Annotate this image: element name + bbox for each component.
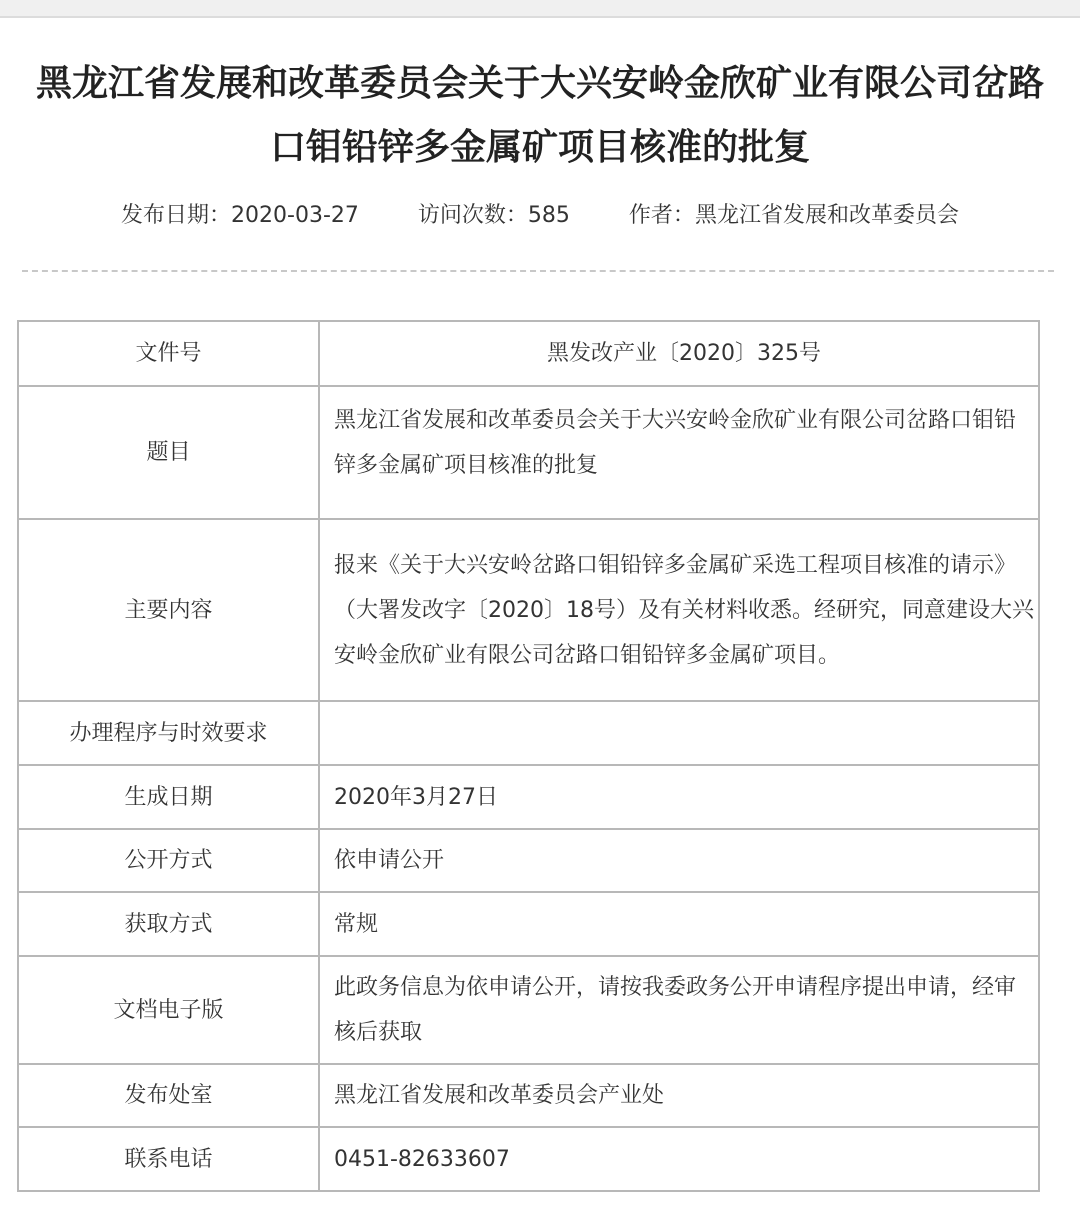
row-value: 0451-82633607 xyxy=(319,1127,1039,1191)
dashed-divider xyxy=(22,270,1054,272)
author-value: 黑龙江省发展和改革委员会 xyxy=(695,203,959,228)
row-value: 报来《关于大兴安岭岔路口钼铅锌多金属矿采选工程项目核准的请示》（大署发改字〔20… xyxy=(319,519,1039,701)
publish-date: 发布日期：2020-03-27 xyxy=(121,196,359,236)
visit-count-value: 585 xyxy=(528,203,570,228)
row-label: 联系电话 xyxy=(18,1127,319,1191)
row-label: 生成日期 xyxy=(18,765,319,829)
row-value xyxy=(319,701,1039,765)
table-row-contact-phone: 联系电话 0451-82633607 xyxy=(18,1127,1039,1191)
row-value: 此政务信息为依申请公开，请按我委政务公开申请程序提出申请，经审核后获取 xyxy=(319,956,1039,1064)
row-label: 文档电子版 xyxy=(18,956,319,1064)
table-row-electronic-version: 文档电子版 此政务信息为依申请公开，请按我委政务公开申请程序提出申请，经审核后获… xyxy=(18,956,1039,1064)
browser-top-bar xyxy=(0,0,1080,18)
visit-count: 访问次数：585 xyxy=(418,196,570,236)
publish-date-label: 发布日期： xyxy=(121,203,231,228)
publish-date-value: 2020-03-27 xyxy=(231,203,359,228)
table-row-disclosure-method: 公开方式 依申请公开 xyxy=(18,829,1039,892)
visit-count-label: 访问次数： xyxy=(418,203,528,228)
table-row-main-content: 主要内容 报来《关于大兴安岭岔路口钼铅锌多金属矿采选工程项目核准的请示》（大署发… xyxy=(18,519,1039,701)
author-label: 作者： xyxy=(629,203,695,228)
table-row-created-date: 生成日期 2020年3月27日 xyxy=(18,765,1039,829)
document-info-table: 文件号 黑发改产业〔2020〕325号 题目 黑龙江省发展和改革委员会关于大兴安… xyxy=(17,320,1040,1192)
row-value: 黑龙江省发展和改革委员会关于大兴安岭金欣矿业有限公司岔路口钼铅锌多金属矿项目核准… xyxy=(319,386,1039,519)
row-value: 黑发改产业〔2020〕325号 xyxy=(319,321,1039,386)
table-row-access-method: 获取方式 常规 xyxy=(18,892,1039,956)
row-value: 依申请公开 xyxy=(319,829,1039,892)
table-row-procedure: 办理程序与时效要求 xyxy=(18,701,1039,765)
article-meta: 发布日期：2020-03-27 访问次数：585 作者：黑龙江省发展和改革委员会 xyxy=(0,196,1080,236)
table-row-issuing-office: 发布处室 黑龙江省发展和改革委员会产业处 xyxy=(18,1064,1039,1127)
row-label: 主要内容 xyxy=(18,519,319,701)
row-label: 办理程序与时效要求 xyxy=(18,701,319,765)
row-label: 获取方式 xyxy=(18,892,319,956)
page-title: 黑龙江省发展和改革委员会关于大兴安岭金欣矿业有限公司岔路口钼铅锌多金属矿项目核准… xyxy=(20,52,1060,180)
row-label: 题目 xyxy=(18,386,319,519)
author: 作者：黑龙江省发展和改革委员会 xyxy=(629,196,959,236)
table-row-subject: 题目 黑龙江省发展和改革委员会关于大兴安岭金欣矿业有限公司岔路口钼铅锌多金属矿项… xyxy=(18,386,1039,519)
row-label: 文件号 xyxy=(18,321,319,386)
table-row-doc-number: 文件号 黑发改产业〔2020〕325号 xyxy=(18,321,1039,386)
row-value: 2020年3月27日 xyxy=(319,765,1039,829)
row-label: 发布处室 xyxy=(18,1064,319,1127)
row-value: 常规 xyxy=(319,892,1039,956)
row-label: 公开方式 xyxy=(18,829,319,892)
row-value: 黑龙江省发展和改革委员会产业处 xyxy=(319,1064,1039,1127)
